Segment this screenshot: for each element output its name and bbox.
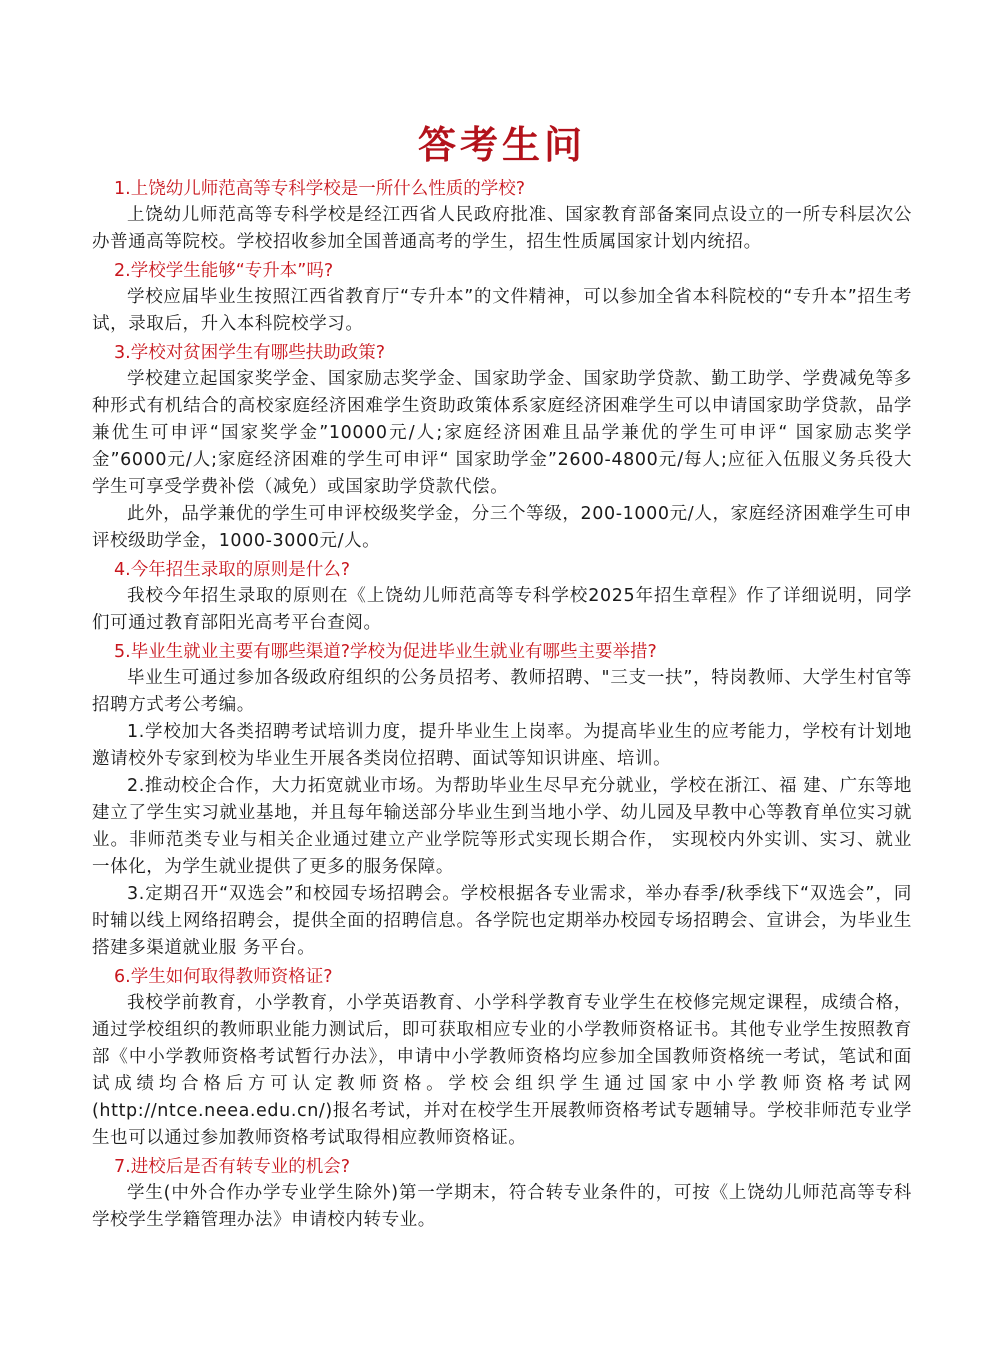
question-heading: 4.今年招生录取的原则是什么? bbox=[92, 557, 912, 583]
question-heading: 1.上饶幼儿师范高等专科学校是一所什么性质的学校? bbox=[92, 176, 912, 202]
answer-paragraph: 3.定期召开“双选会”和校园专场招聘会。学校根据各专业需求，举办春季/秋季线下“… bbox=[92, 881, 912, 962]
answer-paragraph: 学校应届毕业生按照江西省教育厅“专升本”的文件精神，可以参加全省本科院校的“专升… bbox=[92, 284, 912, 338]
document-page: 答考生问 1.上饶幼儿师范高等专科学校是一所什么性质的学校? 上饶幼儿师范高等专… bbox=[0, 0, 1000, 1366]
qa-section-2: 2.学校学生能够“专升本”吗? 学校应届毕业生按照江西省教育厅“专升本”的文件精… bbox=[92, 258, 912, 338]
answer-paragraph: 2.推动校企合作，大力拓宽就业市场。为帮助毕业生尽早充分就业，学校在浙江、福 建… bbox=[92, 773, 912, 881]
qa-section-4: 4.今年招生录取的原则是什么? 我校今年招生录取的原则在《上饶幼儿师范高等专科学… bbox=[92, 557, 912, 637]
answer-paragraph: 1.学校加大各类招聘考试培训力度，提升毕业生上岗率。为提高毕业生的应考能力，学校… bbox=[92, 719, 912, 773]
question-heading: 2.学校学生能够“专升本”吗? bbox=[92, 258, 912, 284]
qa-section-1: 1.上饶幼儿师范高等专科学校是一所什么性质的学校? 上饶幼儿师范高等专科学校是经… bbox=[92, 176, 912, 256]
answer-paragraph: 学生(中外合作办学专业学生除外)第一学期末，符合转专业条件的，可按《上饶幼儿师范… bbox=[92, 1180, 912, 1234]
question-heading: 6.学生如何取得教师资格证? bbox=[92, 964, 912, 990]
answer-paragraph: 学校建立起国家奖学金、国家励志奖学金、国家助学金、国家助学贷款、勤工助学、学费减… bbox=[92, 366, 912, 501]
answer-paragraph: 我校今年招生录取的原则在《上饶幼儿师范高等专科学校2025年招生章程》作了详细说… bbox=[92, 583, 912, 637]
qa-section-7: 7.进校后是否有转专业的机会? 学生(中外合作办学专业学生除外)第一学期末，符合… bbox=[92, 1154, 912, 1234]
qa-section-5: 5.毕业生就业主要有哪些渠道?学校为促进毕业生就业有哪些主要举措? 毕业生可通过… bbox=[92, 639, 912, 962]
qa-section-3: 3.学校对贫困学生有哪些扶助政策? 学校建立起国家奖学金、国家励志奖学金、国家助… bbox=[92, 340, 912, 555]
qa-section-6: 6.学生如何取得教师资格证? 我校学前教育，小学教育，小学英语教育、小学科学教育… bbox=[92, 964, 912, 1152]
answer-paragraph: 上饶幼儿师范高等专科学校是经江西省人民政府批准、国家教育部备案同点设立的一所专科… bbox=[92, 202, 912, 256]
question-heading: 3.学校对贫困学生有哪些扶助政策? bbox=[92, 340, 912, 366]
answer-paragraph: 毕业生可通过参加各级政府组织的公务员招考、教师招聘、"三支一扶”，特岗教师、大学… bbox=[92, 665, 912, 719]
page-title: 答考生问 bbox=[92, 118, 912, 172]
question-heading: 5.毕业生就业主要有哪些渠道?学校为促进毕业生就业有哪些主要举措? bbox=[92, 639, 912, 665]
answer-paragraph: 此外，品学兼优的学生可申评校级奖学金，分三个等级，200-1000元/人，家庭经… bbox=[92, 501, 912, 555]
question-heading: 7.进校后是否有转专业的机会? bbox=[92, 1154, 912, 1180]
answer-paragraph: 我校学前教育，小学教育，小学英语教育、小学科学教育专业学生在校修完规定课程，成绩… bbox=[92, 990, 912, 1152]
